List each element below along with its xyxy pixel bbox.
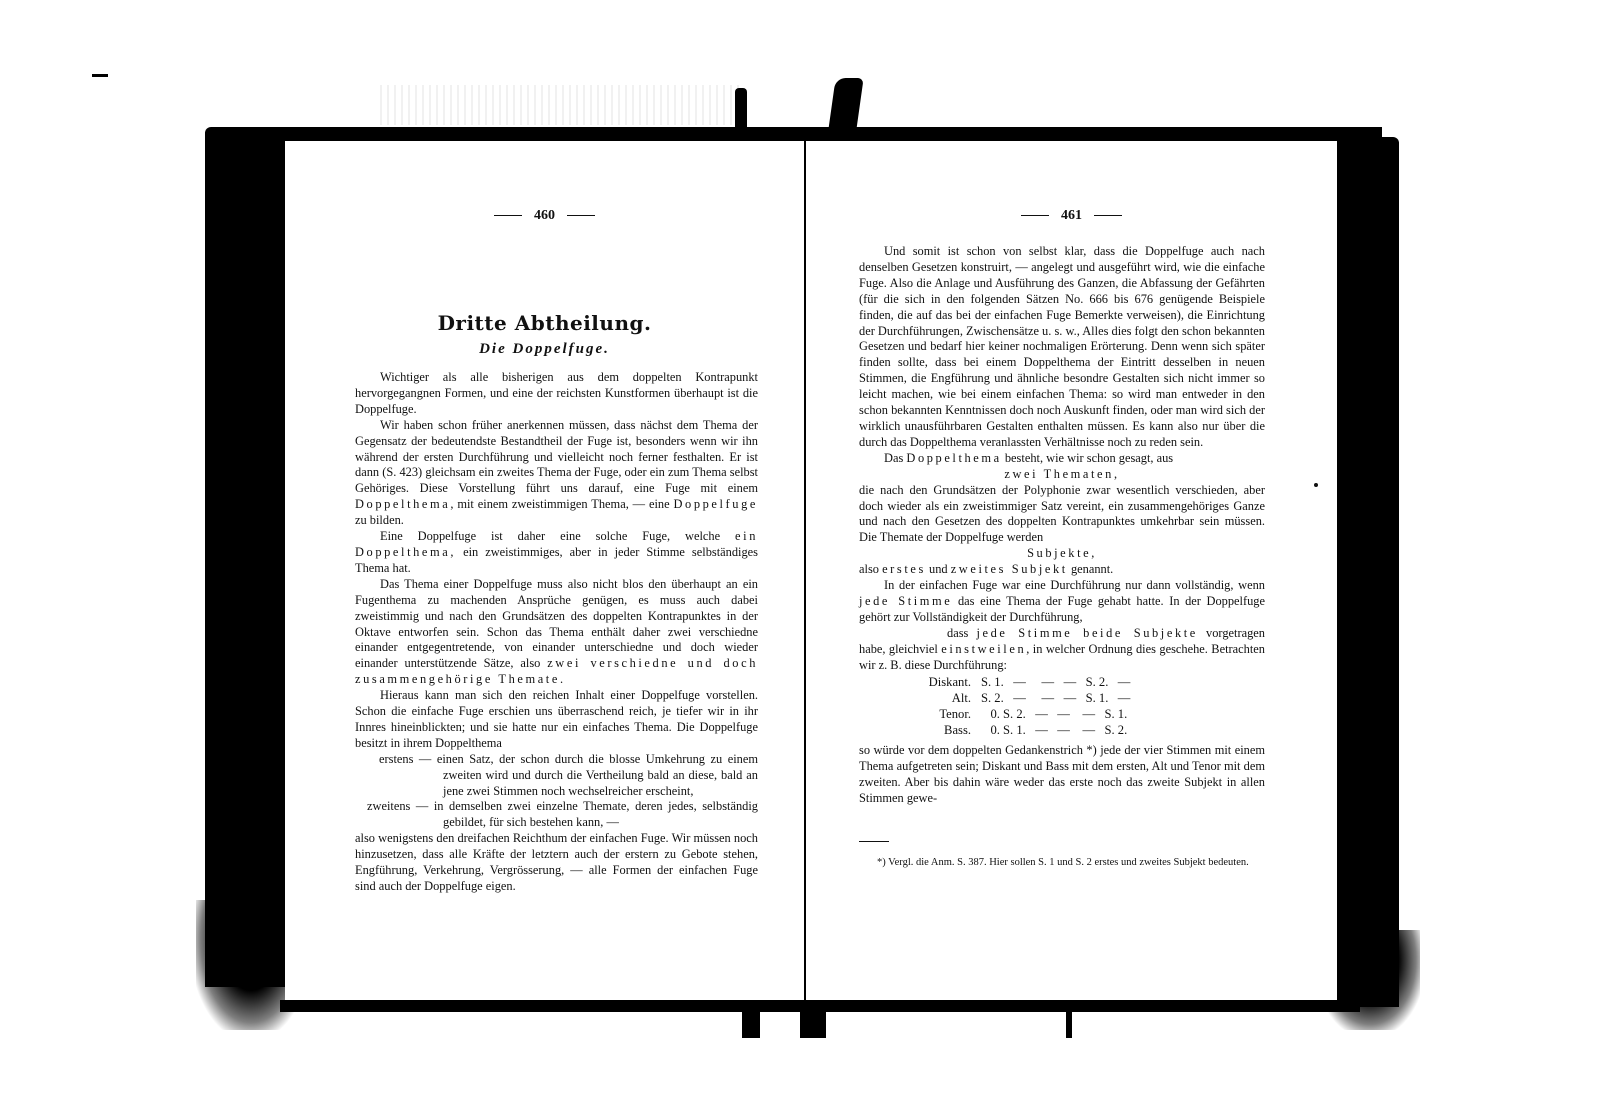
spaced-term: jede Stimme (859, 594, 952, 608)
centered-term: Subjekte, (859, 546, 1265, 562)
book-scan: 460 Dritte Abtheilung. Die Doppelfuge. W… (0, 0, 1600, 1108)
paragraph-text: und (929, 562, 948, 576)
footnote: *) Vergl. die Anm. S. 387. Hier sollen S… (859, 856, 1265, 870)
paragraph: Und somit ist schon von selbst klar, das… (859, 244, 1265, 451)
paragraph-text: besteht, wie wir schon gesagt, aus (1005, 451, 1173, 465)
voice-entries: S. 2. — — — S. 1. — (981, 691, 1130, 707)
voice-entry-scheme: Diskant.S. 1. — — — S. 2. — Alt.S. 2. — … (859, 675, 1265, 739)
list-label: erstens — (379, 752, 431, 766)
paragraph-text: Wir haben schon früher anerkennen müssen… (355, 418, 758, 496)
scan-artifact (1066, 1010, 1072, 1038)
page-number-text: 461 (1061, 208, 1082, 223)
paragraph: Das Doppelthema besteht, wie wir schon g… (859, 451, 1265, 467)
page-number: 460 (285, 208, 804, 224)
page-number: 461 (806, 208, 1337, 224)
scan-artifact (800, 1010, 826, 1038)
spaced-term: erstes (882, 562, 926, 576)
scan-artifact (735, 88, 747, 130)
scheme-row: Diskant.S. 1. — — — S. 2. — (859, 675, 1265, 691)
voice-entries: 0. S. 2. — — — S. 1. (981, 707, 1127, 723)
paragraph: also erstes und zweites Subjekt genannt. (859, 562, 1265, 578)
section-subheading: Die Doppelfuge. (285, 341, 804, 358)
voice-label: Diskant. (859, 675, 981, 691)
scheme-row: Tenor. 0. S. 2. — — — S. 1. (859, 707, 1265, 723)
voice-entries: S. 1. — — — S. 2. — (981, 675, 1130, 691)
paragraph: Das Thema einer Doppelfuge muss also nic… (355, 577, 758, 688)
section-heading: Dritte Abtheilung. (285, 311, 804, 335)
spaced-term: einstweilen (941, 642, 1026, 656)
paragraph: also wenigstens den dreifachen Reichthum… (355, 831, 758, 895)
voice-entries: 0. S. 1. — — — S. 2. (981, 723, 1127, 739)
paragraph: Eine Doppelfuge ist daher eine solche Fu… (355, 529, 758, 577)
paragraph-text: genannt. (1071, 562, 1113, 576)
scan-artifact (828, 78, 863, 130)
left-page-body: Wichtiger als alle bisherigen aus dem do… (355, 370, 758, 895)
centered-term: zwei Thematen, (859, 467, 1265, 483)
spaced-term: jede Stimme beide Subjekte (976, 626, 1197, 640)
paragraph-text: In der einfachen Fuge war eine Durchführ… (884, 578, 1265, 592)
scan-noise (380, 85, 740, 125)
list-text: in demselben zwei einzelne Themate, dere… (434, 799, 758, 829)
spaced-term: Doppelthema (355, 497, 450, 511)
scheme-row: Alt.S. 2. — — — S. 1. — (859, 691, 1265, 707)
paragraph-text: Das (884, 451, 903, 465)
left-page: 460 Dritte Abtheilung. Die Doppelfuge. W… (285, 141, 804, 1000)
voice-label: Bass. (859, 723, 981, 739)
footnote-rule (859, 841, 889, 842)
paragraph: die nach den Grundsätzen der Polyphonie … (859, 483, 1265, 547)
right-page: 461 Und somit ist schon von selbst klar,… (806, 141, 1337, 1000)
page-number-text: 460 (534, 208, 555, 223)
scan-border-top (212, 127, 1382, 141)
list-item-zweitens: zweitens — in demselben zwei einzelne Th… (355, 799, 758, 831)
paragraph: so würde vor dem doppelten Gedankenstric… (859, 743, 1265, 807)
voice-label: Tenor. (859, 707, 981, 723)
paragraph-text: Eine Doppelfuge ist daher eine solche Fu… (380, 529, 720, 543)
paragraph: Wichtiger als alle bisherigen aus dem do… (355, 370, 758, 418)
spaced-term: zweites Subjekt (951, 562, 1068, 576)
scan-border-right (1337, 137, 1399, 1007)
scan-speck (92, 74, 108, 77)
scan-artifact (742, 1010, 760, 1038)
scheme-row: Bass. 0. S. 1. — — — S. 2. (859, 723, 1265, 739)
paragraph-text: also (859, 562, 879, 576)
list-item-erstens: erstens — einen Satz, der schon durch di… (355, 752, 758, 800)
right-page-body: Und somit ist schon von selbst klar, das… (859, 244, 1265, 870)
voice-label: Alt. (859, 691, 981, 707)
paragraph: dass jede Stimme beide Subjekte vorgetra… (859, 626, 1265, 674)
scan-speck (1314, 483, 1318, 487)
list-label: zweitens — (367, 799, 428, 813)
paragraph-text: dass (947, 626, 968, 640)
spaced-term: Doppelthema (906, 451, 1001, 465)
paragraph-text: zu bilden. (355, 513, 404, 527)
paragraph: Wir haben schon früher anerkennen müssen… (355, 418, 758, 529)
paragraph: Hieraus kann man sich den reichen Inhalt… (355, 688, 758, 752)
paragraph-text: , mit einem zweistimmigen Thema, — eine (450, 497, 669, 511)
paragraph: In der einfachen Fuge war eine Durchführ… (859, 578, 1265, 626)
list-text: einen Satz, der schon durch die blosse U… (437, 752, 758, 798)
spaced-term: Doppelfuge (673, 497, 758, 511)
scan-border-left (205, 127, 285, 987)
